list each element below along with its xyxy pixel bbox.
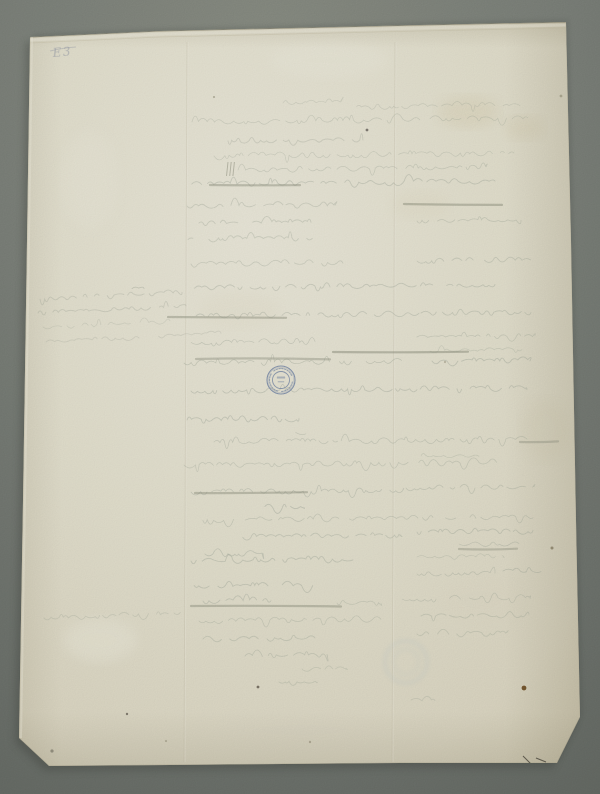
paper-grain: [0, 0, 600, 794]
scanned-document-photo: E3: [0, 0, 600, 794]
manuscript-scan: E3: [0, 0, 600, 794]
